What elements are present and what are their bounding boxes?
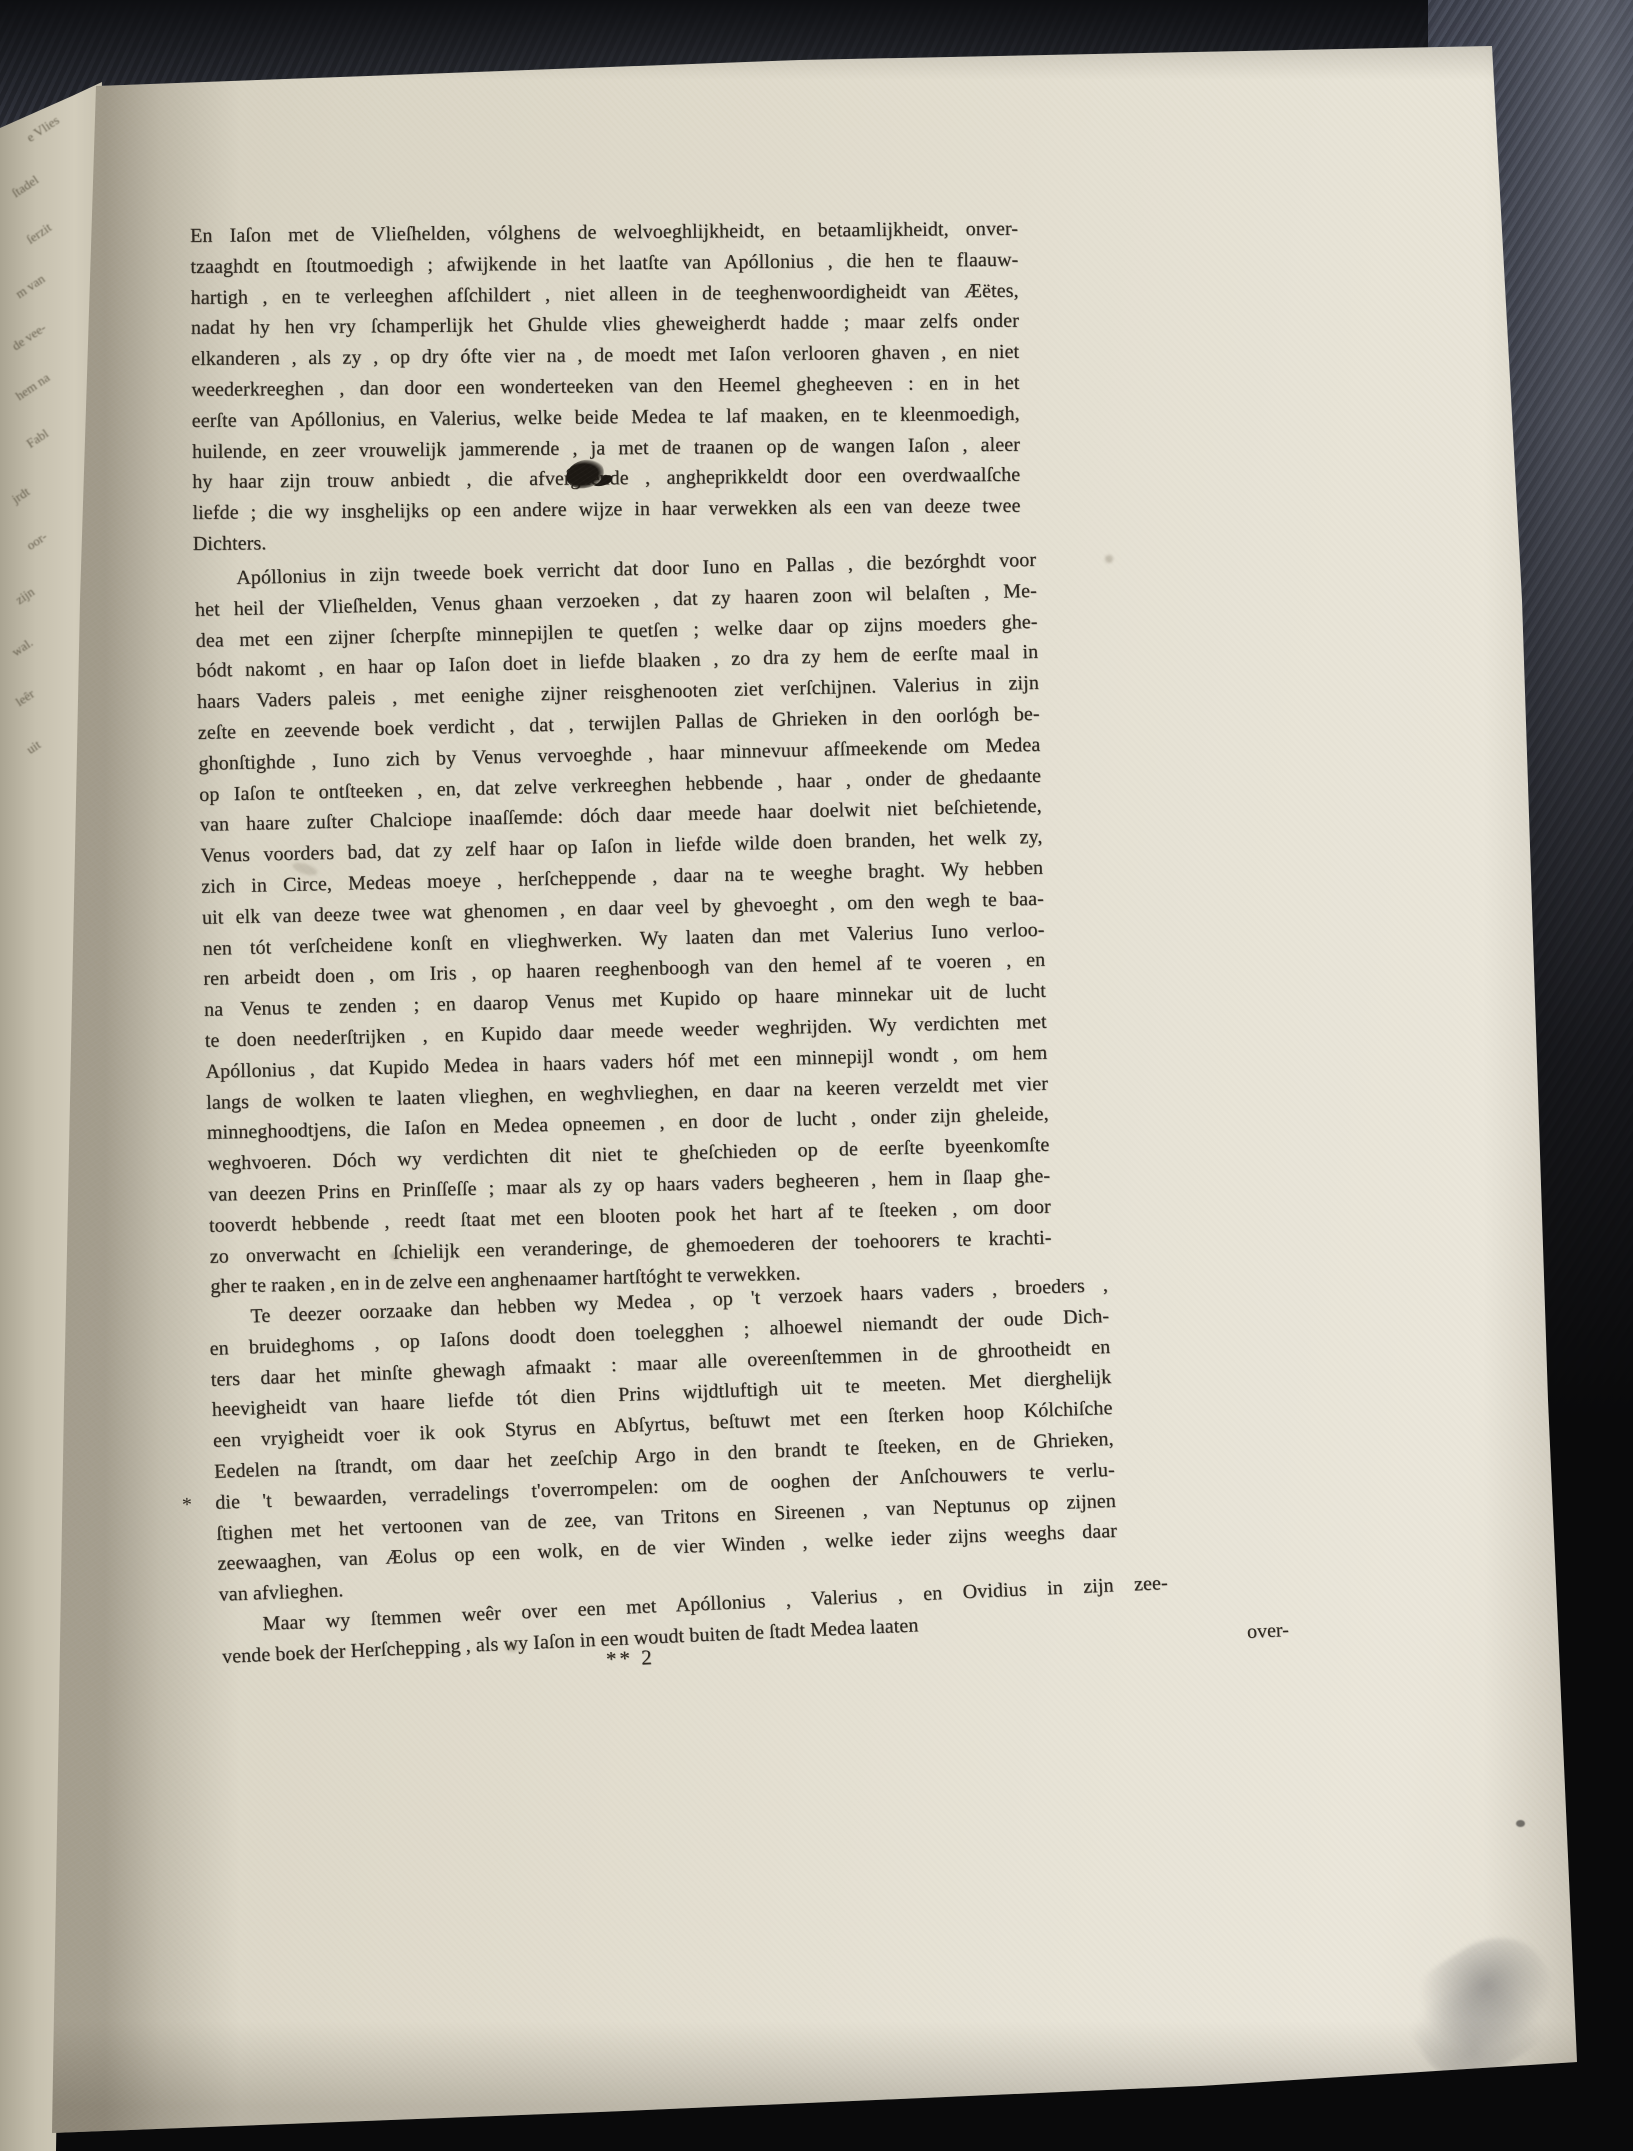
paper-stain bbox=[390, 1252, 400, 1260]
paragraph-3: Te deezer oorzaake dan hebben wy Medea ,… bbox=[208, 1270, 1119, 1611]
paragraph-1: En Iaſon met de Vlieſhelden, vólghens de… bbox=[190, 214, 1021, 560]
catchword: over- bbox=[1246, 1619, 1289, 1644]
paper-stain bbox=[1105, 555, 1113, 563]
margin-asterisk: * bbox=[182, 1494, 193, 1517]
text-block: En Iaſon met de Vlieſhelden, vólghens de… bbox=[190, 221, 1190, 1672]
book-page: En Iaſon met de Vlieſhelden, vólghens de… bbox=[0, 0, 1633, 2151]
book-photo: ghoornee Vliesſtadelſerzitm vande vee-he… bbox=[0, 0, 1633, 2151]
paper-stain bbox=[505, 1642, 519, 1652]
paper-fleck bbox=[1516, 1820, 1525, 1827]
paragraph-2: Apóllonius in zijn tweede boek verricht … bbox=[194, 545, 1053, 1303]
signature-mark: ** 2 bbox=[605, 1645, 655, 1672]
